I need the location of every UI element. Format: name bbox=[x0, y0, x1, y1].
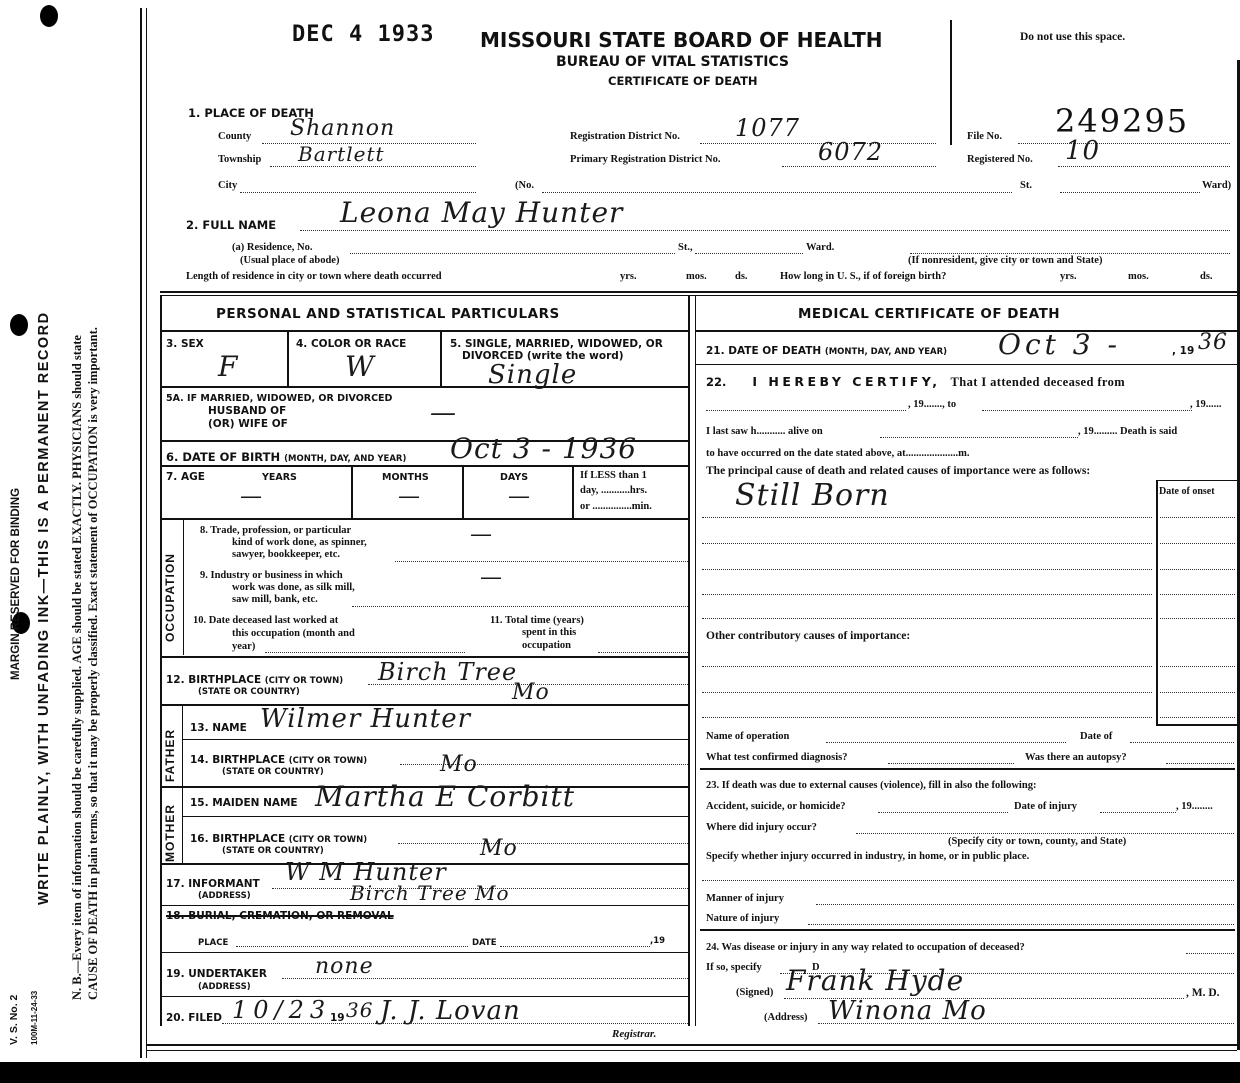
street-label: St. bbox=[1020, 180, 1032, 191]
ward-label: Ward) bbox=[1202, 180, 1231, 191]
industry-label-1: 9. Industry or business in which bbox=[200, 570, 343, 581]
street-no-label: (No. bbox=[515, 180, 534, 191]
total-time-label-2: spent in this bbox=[522, 627, 576, 638]
total-time-label-3: occupation bbox=[522, 640, 571, 651]
industry-label-3: saw mill, bank, etc. bbox=[232, 594, 318, 605]
father-side-label: FATHER bbox=[163, 729, 177, 782]
spouse-label-2: HUSBAND OF bbox=[208, 405, 286, 417]
residence-st-label: St., bbox=[678, 242, 693, 253]
birthplace-state-value: Mo bbox=[512, 680, 550, 705]
file-no-value: 249295 bbox=[1055, 102, 1189, 140]
physician-address-label: (Address) bbox=[764, 1012, 808, 1023]
father-birthplace-label: 14. BIRTHPLACE (CITY OR TOWN) bbox=[190, 754, 367, 766]
undertaker-label: 19. UNDERTAKER bbox=[166, 968, 267, 980]
cause-heading: The principal cause of death and related… bbox=[706, 465, 1090, 477]
foreign-birth-label: How long in U. S., if of foreign birth? bbox=[780, 271, 946, 282]
foreign-yrs-label: yrs. bbox=[1060, 271, 1077, 282]
last-worked-label-1: 10. Date deceased last worked at bbox=[193, 615, 338, 626]
autopsy-label: Was there an autopsy? bbox=[1025, 752, 1127, 763]
race-value: W bbox=[345, 350, 375, 383]
frame-left-outer bbox=[140, 8, 142, 1058]
informant-address-label: (ADDRESS) bbox=[198, 891, 251, 901]
certify-rest: That I attended deceased from bbox=[951, 375, 1126, 389]
residence-mos-label: mos. bbox=[686, 271, 707, 282]
form-number: V. S. No. 2 bbox=[8, 995, 20, 1045]
spouse-label-3: (OR) WIFE OF bbox=[208, 418, 288, 430]
external-causes-label: 23. If death was due to external causes … bbox=[706, 780, 1036, 791]
trade-label-2: kind of work done, as spinner, bbox=[232, 537, 367, 548]
burial-year-label: ,19 bbox=[650, 936, 665, 946]
certify-caps: I HEREBY CERTIFY, bbox=[752, 374, 940, 389]
mother-birthplace-state-sub: (STATE OR COUNTRY) bbox=[222, 846, 324, 856]
foreign-ds-label: ds. bbox=[1200, 271, 1213, 282]
accident-label: Accident, suicide, or homicide? bbox=[706, 801, 846, 812]
sex-label: 3. SEX bbox=[166, 338, 204, 350]
death-certificate: MARGIN RESERVED FOR BINDING WRITE PLAINL… bbox=[0, 0, 1240, 1062]
registrar-signature: J. J. Lovan bbox=[380, 996, 521, 1026]
physician-signature: Frank Hyde bbox=[786, 964, 964, 997]
dod-label-text: 21. DATE OF DEATH bbox=[706, 345, 821, 357]
registrar-label: Registrar. bbox=[612, 1028, 656, 1040]
less-than-day-label-3: or ...............min. bbox=[580, 501, 652, 512]
foreign-mos-label: mos. bbox=[1128, 271, 1149, 282]
dod-year-value: 36 bbox=[1198, 330, 1228, 355]
binding-hole bbox=[40, 5, 58, 27]
center-divider-2 bbox=[695, 296, 696, 1026]
residence-label: (a) Residence, No. bbox=[232, 242, 312, 253]
primary-registration-label: Primary Registration District No. bbox=[570, 154, 720, 165]
personal-section-heading: PERSONAL AND STATISTICAL PARTICULARS bbox=[216, 306, 560, 322]
certify-number: 22. bbox=[706, 375, 726, 389]
sex-value: F bbox=[218, 350, 238, 383]
race-label: 4. COLOR OR RACE bbox=[296, 338, 406, 350]
mother-name-label: 15. MAIDEN NAME bbox=[190, 797, 298, 809]
occupation-related-label: 24. Was disease or injury in any way rel… bbox=[706, 942, 1025, 953]
father-name-value: Wilmer Hunter bbox=[260, 704, 471, 734]
burial-label: 18. BURIAL, CREMATION, OR REMOVAL bbox=[166, 910, 394, 922]
nature-of-injury-label: Nature of injury bbox=[706, 913, 779, 924]
dob-value: Oct 3 - 1936 bbox=[450, 432, 637, 465]
industry-value: — bbox=[480, 565, 503, 590]
bureau-title: BUREAU OF VITAL STATISTICS bbox=[556, 54, 789, 70]
margin-nb-line2: CAUSE OF DEATH in plain terms, so that i… bbox=[86, 327, 101, 1000]
last-worked-label-2: this occupation (month and bbox=[232, 628, 355, 639]
dob-label-sub: (MONTH, DAY, AND YEAR) bbox=[284, 454, 406, 464]
filed-year-value: 36 bbox=[346, 998, 373, 1022]
print-code: 100M-11-24-33 bbox=[30, 991, 39, 1045]
undertaker-address-label: (ADDRESS) bbox=[198, 982, 251, 992]
specify-place-note: (Specify city or town, county, and State… bbox=[948, 836, 1126, 847]
birthplace-state-sub: (STATE OR COUNTRY) bbox=[198, 687, 300, 697]
office-divider bbox=[950, 20, 952, 145]
age-days-value: — bbox=[508, 484, 531, 509]
birthplace-label: 12. BIRTHPLACE (CITY OR TOWN) bbox=[166, 674, 343, 686]
registration-district-value: 1077 bbox=[735, 114, 800, 142]
operation-label: Name of operation bbox=[706, 731, 789, 742]
full-name-label: 2. FULL NAME bbox=[186, 218, 276, 232]
county-label: County bbox=[218, 131, 251, 142]
onset-column-border bbox=[1156, 481, 1158, 725]
signed-label: (Signed) bbox=[736, 987, 773, 998]
manner-of-injury-label: Manner of injury bbox=[706, 893, 784, 904]
md-label: , M. D. bbox=[1186, 987, 1220, 999]
physician-address-value: Winona Mo bbox=[828, 996, 987, 1026]
office-use-note: Do not use this space. bbox=[1020, 31, 1125, 43]
father-birthplace-label-text: 14. BIRTHPLACE bbox=[190, 754, 285, 766]
trade-label-1: 8. Trade, profession, or particular bbox=[200, 525, 351, 536]
registered-no-value: 10 bbox=[1065, 136, 1100, 166]
full-name-value: Leona May Hunter bbox=[340, 196, 623, 229]
mother-birthplace-label-text: 16. BIRTHPLACE bbox=[190, 833, 285, 845]
spouse-value: — bbox=[430, 398, 457, 428]
age-days-label: DAYS bbox=[500, 472, 528, 483]
attended-year-end: , 19...... bbox=[1190, 399, 1222, 410]
margin-binding-note: MARGIN RESERVED FOR BINDING bbox=[10, 488, 22, 680]
trade-label-3: sawyer, bookkeeper, etc. bbox=[232, 549, 340, 560]
file-no-label: File No. bbox=[967, 131, 1002, 142]
length-of-residence-label: Length of residence in city or town wher… bbox=[186, 271, 442, 282]
father-birthplace-value: Mo bbox=[440, 752, 478, 777]
binding-hole bbox=[10, 314, 28, 336]
certificate-title: CERTIFICATE OF DEATH bbox=[608, 74, 758, 88]
filed-label: 20. FILED bbox=[166, 1012, 222, 1024]
filed-year-prefix: 19 bbox=[330, 1012, 345, 1024]
father-birthplace-state-sub: (STATE OR COUNTRY) bbox=[222, 767, 324, 777]
city-label: City bbox=[218, 180, 237, 191]
less-than-day-label-2: day, ...........hrs. bbox=[580, 485, 647, 496]
father-name-label: 13. NAME bbox=[190, 722, 247, 734]
injury-location-label: Where did injury occur? bbox=[706, 822, 817, 833]
total-time-label-1: 11. Total time (years) bbox=[490, 615, 584, 626]
injury-year-label: , 19........ bbox=[1176, 801, 1213, 812]
residence-yrs-label: yrs. bbox=[620, 271, 637, 282]
received-stamp: DEC 4 1933 bbox=[292, 22, 434, 47]
mother-birthplace-label: 16. BIRTHPLACE (CITY OR TOWN) bbox=[190, 833, 367, 845]
age-label: 7. AGE bbox=[166, 471, 205, 483]
trade-value: — bbox=[470, 522, 493, 547]
spouse-label-1: 5A. IF MARRIED, WIDOWED, OR DIVORCED bbox=[166, 393, 392, 404]
time-of-death-label: to have occurred on the date stated abov… bbox=[706, 448, 969, 459]
informant-address-value: Birch Tree Mo bbox=[350, 881, 510, 905]
frame-left-inner bbox=[146, 8, 147, 1058]
date-of-onset-label: Date of onset bbox=[1159, 486, 1215, 497]
margin-write-plainly: WRITE PLAINLY, WITH UNFADING INK—THIS IS… bbox=[36, 311, 52, 905]
if-so-specify-label: If so, specify bbox=[706, 962, 762, 973]
primary-registration-value: 6072 bbox=[818, 138, 883, 166]
injury-date-label: Date of injury bbox=[1014, 801, 1077, 812]
operation-date-label: Date of bbox=[1080, 731, 1112, 742]
burial-label-text: 18. BURIAL, CREMATION, OR REMOVAL bbox=[166, 910, 394, 922]
mother-side-label: MOTHER bbox=[163, 804, 177, 862]
last-saw-label: I last saw h........... alive on bbox=[706, 426, 823, 437]
dob-label: 6. DATE OF BIRTH (MONTH, DAY, AND YEAR) bbox=[166, 450, 406, 464]
mother-name-value: Martha E Corbitt bbox=[315, 780, 575, 813]
age-years-value: — bbox=[240, 484, 263, 509]
registration-district-label: Registration District No. bbox=[570, 131, 680, 142]
center-divider bbox=[688, 296, 690, 1026]
age-months-value: — bbox=[398, 484, 421, 509]
age-months-label: MONTHS bbox=[382, 472, 429, 483]
nonresident-note: (If nonresident, give city or town and S… bbox=[908, 255, 1102, 266]
filed-date-value: 10/23 bbox=[232, 996, 331, 1024]
burial-date-label: DATE bbox=[472, 938, 497, 948]
medical-section-heading: MEDICAL CERTIFICATE OF DEATH bbox=[798, 306, 1060, 322]
dod-value: Oct 3 - bbox=[998, 328, 1121, 361]
left-panel-border bbox=[160, 296, 162, 1026]
usual-abode-note: (Usual place of abode) bbox=[240, 255, 339, 266]
dod-label-sub: (MONTH, DAY, AND YEAR) bbox=[825, 347, 947, 357]
birthplace-city-value: Birch Tree bbox=[378, 658, 517, 686]
margin-nb-line1: N. B.—Every item of information should b… bbox=[70, 335, 85, 1000]
last-worked-label-3: year) bbox=[232, 641, 255, 652]
marital-label-1: 5. SINGLE, MARRIED, WIDOWED, OR bbox=[450, 338, 663, 350]
informant-label: 17. INFORMANT bbox=[166, 878, 260, 890]
cause-of-death-value: Still Born bbox=[735, 478, 890, 513]
age-years-label: YEARS bbox=[262, 472, 297, 483]
certify-line: 22. I HEREBY CERTIFY, That I attended de… bbox=[706, 373, 1125, 391]
dod-label: 21. DATE OF DEATH (MONTH, DAY, AND YEAR) bbox=[706, 345, 947, 357]
occupation-side-label: OCCUPATION bbox=[163, 553, 177, 642]
less-than-day-label-1: If LESS than 1 bbox=[580, 470, 647, 481]
registered-no-label: Registered No. bbox=[967, 154, 1033, 165]
page-title: MISSOURI STATE BOARD OF HEALTH bbox=[480, 28, 882, 52]
township-value: Bartlett bbox=[298, 142, 385, 166]
residence-ward-label: Ward. bbox=[806, 242, 834, 253]
diagnosis-test-label: What test confirmed diagnosis? bbox=[706, 752, 847, 763]
burial-place-label: PLACE bbox=[198, 938, 228, 948]
birthplace-label-text: 12. BIRTHPLACE bbox=[166, 674, 261, 686]
residence-ds-label: ds. bbox=[735, 271, 748, 282]
father-birthplace-city-sub: (CITY OR TOWN) bbox=[289, 756, 367, 766]
dob-label-text: 6. DATE OF BIRTH bbox=[166, 450, 280, 464]
specify-whether-note: Specify whether injury occurred in indus… bbox=[706, 851, 1029, 862]
dod-year-prefix: , 19 bbox=[1172, 345, 1194, 357]
mother-birthplace-city-sub: (CITY OR TOWN) bbox=[289, 835, 367, 845]
mother-birthplace-value: Mo bbox=[480, 836, 518, 861]
township-label: Township bbox=[218, 154, 261, 165]
attended-dates: , 19......., to bbox=[908, 399, 956, 410]
birthplace-city-sub: (CITY OR TOWN) bbox=[265, 676, 343, 686]
county-value: Shannon bbox=[290, 116, 395, 141]
industry-label-2: work was done, as silk mill, bbox=[232, 582, 355, 593]
other-causes-label: Other contributory causes of importance: bbox=[706, 630, 910, 642]
undertaker-value: none bbox=[315, 954, 374, 979]
last-saw-year: , 19......... Death is said bbox=[1078, 426, 1177, 437]
